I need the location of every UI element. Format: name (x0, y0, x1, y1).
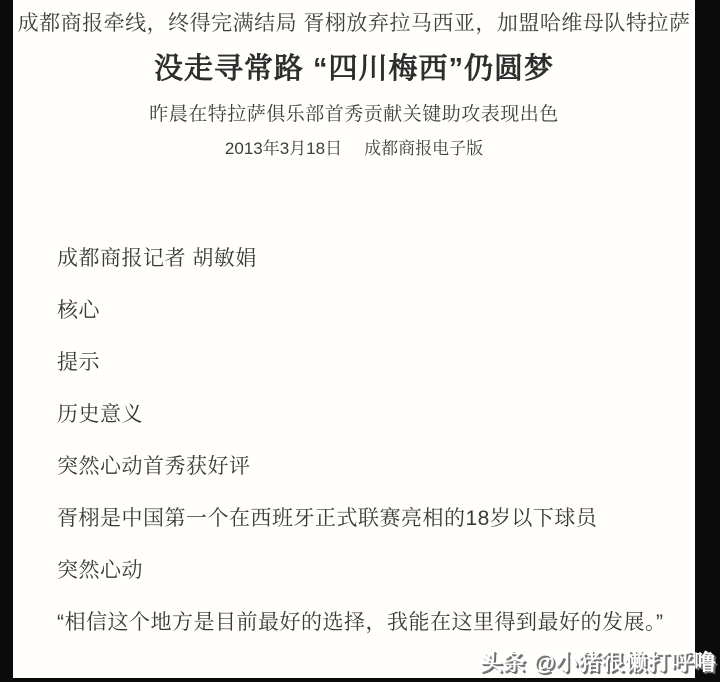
article-kicker: 成都商报牵线，终得完满结局 胥栩放弃拉马西亚，加盟哈维母队特拉萨 (13, 12, 695, 36)
body-line-byline: 成都商报记者 胡敏娟 (57, 247, 671, 270)
body-line: 核心 (57, 299, 671, 322)
photo-frame: 成都商报牵线，终得完满结局 胥栩放弃拉马西亚，加盟哈维母队特拉萨 没走寻常路 “… (0, 0, 720, 682)
body-line-quote: “相信这个地方是目前最好的选择，我能在这里得到最好的发展。” (57, 611, 671, 634)
body-line: 突然心动首秀获好评 (57, 455, 671, 478)
article-dateline: 2013年3月18日成都商报电子版 (13, 138, 695, 159)
body-line: 胥栩是中国第一个在西班牙正式联赛亮相的18岁以下球员 (57, 507, 671, 530)
toutiao-watermark: 头条 @小猪很懒打呼噜 (480, 646, 717, 677)
article-edition: 成都商报电子版 (364, 139, 483, 158)
body-line: 历史意义 (57, 403, 671, 426)
article-subtitle: 昨晨在特拉萨俱乐部首秀贡献关键助攻表现出色 (13, 103, 695, 126)
article-page: 成都商报牵线，终得完满结局 胥栩放弃拉马西亚，加盟哈维母队特拉萨 没走寻常路 “… (13, 0, 695, 678)
article-body: 成都商报记者 胡敏娟 核心 提示 历史意义 突然心动首秀获好评 胥栩是中国第一个… (57, 247, 671, 663)
article-date: 2013年3月18日 (225, 139, 342, 158)
body-line: 提示 (57, 351, 671, 374)
article-title: 没走寻常路 “四川梅西”仍圆梦 (13, 52, 695, 86)
body-line: 突然心动 (57, 559, 671, 582)
